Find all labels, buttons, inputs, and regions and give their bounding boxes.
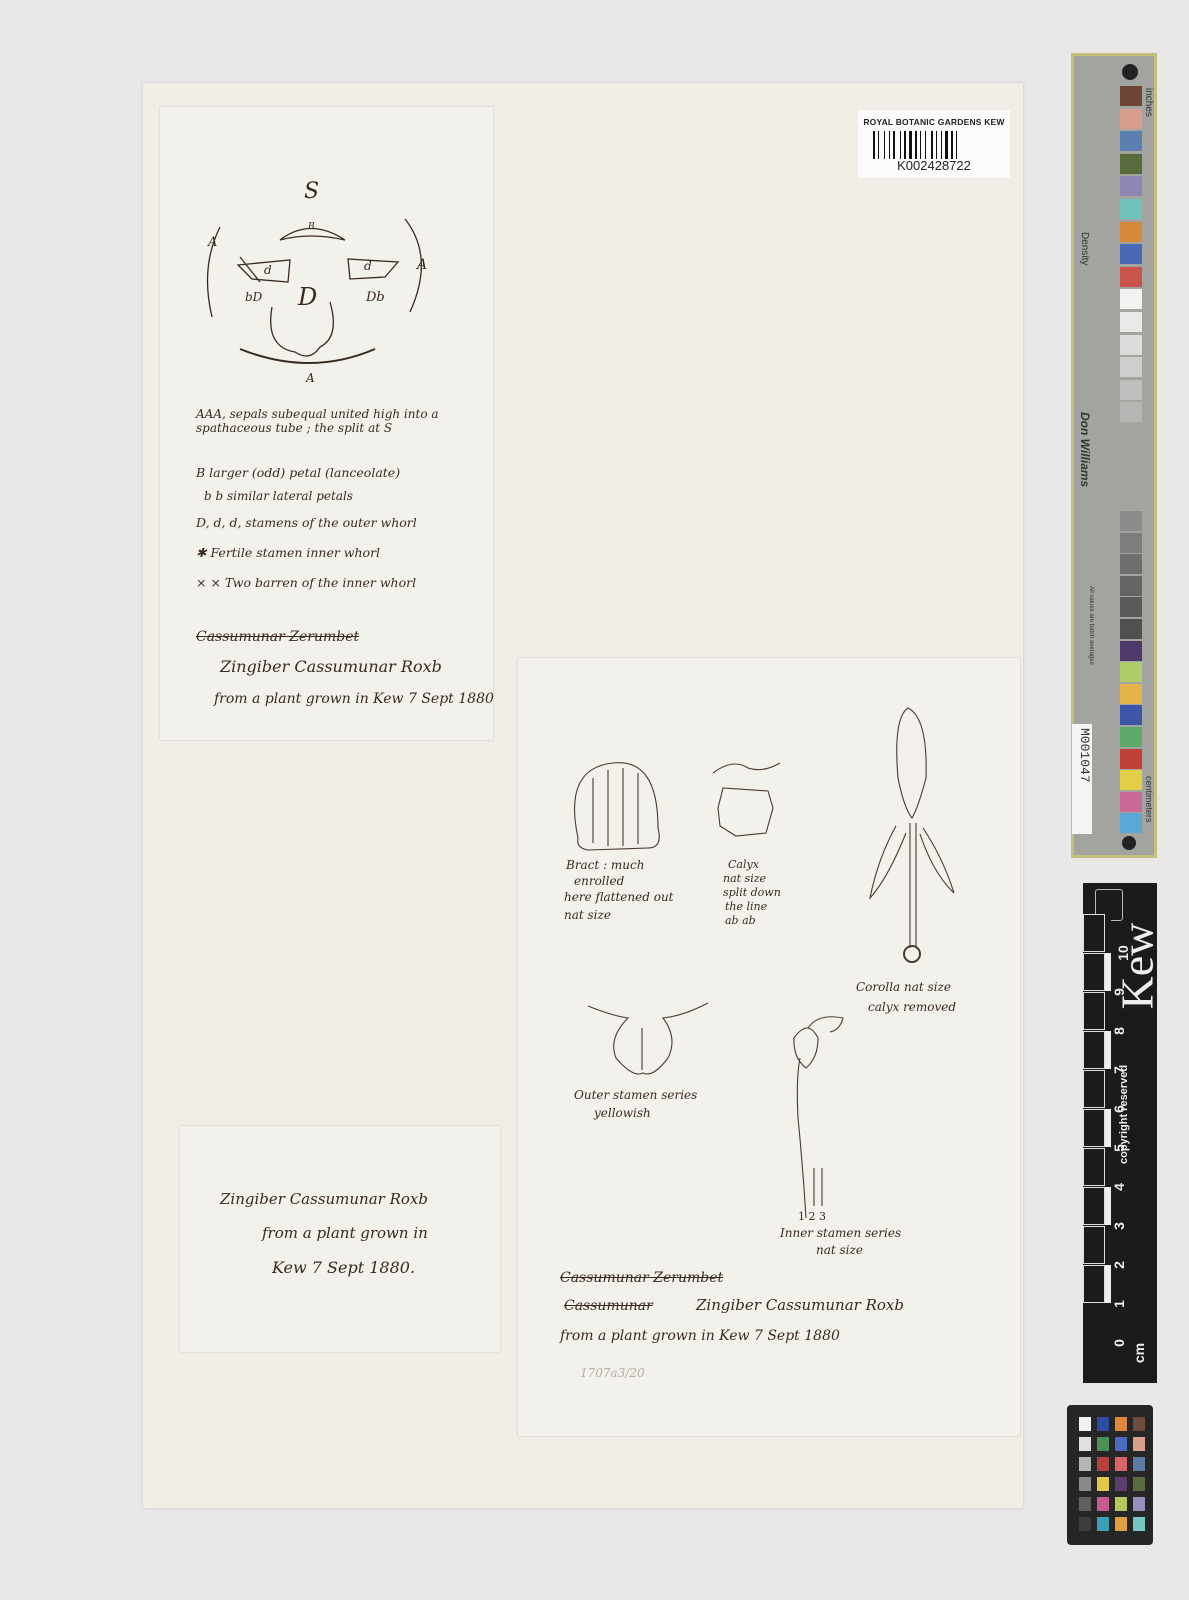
scale-segment-alt xyxy=(1105,1187,1111,1225)
struck-name-1: Cassumunar Zerumbet xyxy=(560,1270,723,1286)
color-checker-patch xyxy=(1097,1417,1109,1431)
diagram-label-d-right: d xyxy=(364,259,372,273)
color-checker-patch xyxy=(1115,1477,1127,1491)
floral-diagram-icon xyxy=(160,107,493,407)
scale-segment-alt xyxy=(1105,1070,1111,1108)
scale-tick-label: 8 xyxy=(1111,1027,1127,1035)
note-lateral-petals: b b similar lateral petals xyxy=(204,489,353,503)
inches-label: inches xyxy=(1143,88,1154,117)
scale-segment xyxy=(1083,1148,1105,1186)
scale-segment xyxy=(1083,953,1105,991)
color-swatch xyxy=(1120,335,1142,355)
diagram-label-s: S xyxy=(304,179,319,204)
bract-caption-2: enrolled xyxy=(574,874,624,888)
note-petal-b: B larger (odd) petal (lanceolate) xyxy=(196,465,400,480)
note-sepals: AAA, sepals subequal united high into a … xyxy=(196,407,486,435)
color-checker-patch xyxy=(1097,1517,1109,1531)
color-swatch xyxy=(1120,222,1142,242)
scale-segment-alt xyxy=(1105,1031,1111,1069)
color-swatch xyxy=(1120,131,1142,151)
color-checker-patch xyxy=(1133,1457,1145,1471)
color-checker-patch xyxy=(1133,1517,1145,1531)
color-swatch xyxy=(1120,641,1142,661)
scale-tick-label: 2 xyxy=(1111,1261,1127,1269)
scale-segment-alt xyxy=(1105,1226,1111,1264)
scale-tick-label: 5 xyxy=(1111,1144,1127,1152)
color-checker-patch xyxy=(1097,1437,1109,1451)
scale-segment-alt xyxy=(1105,1265,1111,1303)
diagram-label-b: B xyxy=(308,222,315,232)
brand-label: Don Williams xyxy=(1078,412,1092,487)
barcode-number: K002428722 xyxy=(858,159,1010,173)
scale-segment-alt xyxy=(1105,1148,1111,1186)
color-checker-patch xyxy=(1133,1477,1145,1491)
color-swatch xyxy=(1120,109,1142,129)
corolla-caption-1: Corolla nat size xyxy=(856,980,951,994)
color-checker-patch xyxy=(1079,1477,1091,1491)
specimen-locality: from a plant grown in Kew 7 Sept 1880 xyxy=(214,691,494,707)
color-swatch xyxy=(1120,749,1142,769)
color-checker-patch xyxy=(1115,1517,1127,1531)
diagram-label-d-left: d xyxy=(264,263,272,277)
color-checker-patch xyxy=(1097,1497,1109,1511)
inner-stamen-caption-2: nat size xyxy=(816,1243,863,1257)
scale-segment xyxy=(1083,1070,1105,1108)
scale-segment-alt xyxy=(1105,992,1111,1030)
color-checker-patch xyxy=(1133,1497,1145,1511)
color-calibration-bar: inches Density Don Williams All values a… xyxy=(1071,53,1157,858)
colorbar-id: M001047 xyxy=(1077,728,1092,783)
color-checker-patch xyxy=(1133,1437,1145,1451)
registration-dot-icon xyxy=(1122,836,1136,850)
color-swatch xyxy=(1120,244,1142,264)
color-swatch xyxy=(1120,705,1142,725)
color-swatch xyxy=(1120,267,1142,287)
note-barren-stamens: × × Two barren of the inner whorl xyxy=(196,575,416,590)
scale-segment-alt xyxy=(1105,953,1111,991)
struck-name-2: Cassumunar xyxy=(564,1298,653,1314)
floral-diagram-paper: S A A A B d d D bD Db AAA, sepals subequ… xyxy=(160,107,493,740)
color-checker-patch xyxy=(1097,1457,1109,1471)
color-checker-card xyxy=(1067,1405,1153,1545)
batch-note-label: All values are batch averages xyxy=(1088,586,1094,665)
institution-name: ROYAL BOTANIC GARDENS KEW xyxy=(858,117,1010,127)
scale-segment-alt xyxy=(1105,914,1111,952)
small-note-line3: Kew 7 Sept 1880. xyxy=(272,1258,415,1277)
diagram-label-b-right: Db xyxy=(366,290,385,305)
color-checker-patch xyxy=(1079,1517,1091,1531)
color-checker-patch xyxy=(1115,1497,1127,1511)
corolla-caption-2: calyx removed xyxy=(868,1000,956,1014)
specimen-locality-right: from a plant grown in Kew 7 Sept 1880 xyxy=(560,1328,840,1344)
specimen-name: Zingiber Cassumunar Roxb xyxy=(220,657,442,676)
color-checker-patch xyxy=(1079,1437,1091,1451)
calyx-caption-4: the line xyxy=(725,900,767,913)
struck-name: Cassumunar Zerumbet xyxy=(196,629,359,645)
color-swatch xyxy=(1120,402,1142,422)
scale-tick-label: 10 xyxy=(1115,945,1131,961)
scale-tick-label: 9 xyxy=(1111,988,1127,996)
specimen-name-right: Zingiber Cassumunar Roxb xyxy=(696,1296,904,1314)
color-swatch xyxy=(1120,727,1142,747)
diagram-label-b-left: bD xyxy=(245,290,262,304)
scale-segment xyxy=(1083,1031,1105,1069)
small-note-line2: from a plant grown in xyxy=(262,1224,428,1242)
calyx-caption-2: nat size xyxy=(723,872,766,885)
color-swatch xyxy=(1120,199,1142,219)
diagram-label-a-bottom: A xyxy=(306,371,315,385)
pencil-accession-note: 1707a3/20 xyxy=(580,1366,645,1380)
color-swatch xyxy=(1120,554,1142,574)
color-swatch xyxy=(1120,357,1142,377)
scale-segment xyxy=(1083,914,1105,952)
color-swatch xyxy=(1120,86,1142,106)
note-outer-stamens: D, d, d, stamens of the outer whorl xyxy=(196,515,417,530)
bract-caption-3: here flattened out xyxy=(564,890,674,904)
color-checker-patch xyxy=(1115,1437,1127,1451)
scale-tick-label: 3 xyxy=(1111,1222,1127,1230)
color-swatch xyxy=(1120,597,1142,617)
outer-stamen-caption-2: yellowish xyxy=(594,1106,651,1120)
barcode-icon xyxy=(873,131,995,159)
scale-segment xyxy=(1083,1265,1105,1303)
registration-dot-icon xyxy=(1122,64,1138,80)
color-swatch xyxy=(1120,289,1142,309)
color-checker-patch xyxy=(1079,1457,1091,1471)
small-note-line1: Zingiber Cassumunar Roxb xyxy=(220,1190,428,1208)
calyx-caption-5: ab ab xyxy=(725,914,756,927)
color-checker-patch xyxy=(1079,1417,1091,1431)
outer-stamen-caption-1: Outer stamen series xyxy=(574,1088,697,1102)
color-swatch xyxy=(1120,684,1142,704)
color-swatch xyxy=(1120,154,1142,174)
scale-tick-label: 1 xyxy=(1111,1300,1127,1308)
calyx-caption-1: Calyx xyxy=(728,858,759,871)
bract-caption-4: nat size xyxy=(564,908,611,922)
kew-logo: Kew xyxy=(1111,930,1164,1010)
scale-segment xyxy=(1083,1109,1105,1147)
diagram-label-a-left: A xyxy=(208,235,217,250)
color-swatch xyxy=(1120,380,1142,400)
scale-tick-label: 6 xyxy=(1111,1105,1127,1113)
color-checker-patch xyxy=(1079,1497,1091,1511)
herbarium-barcode-label: ROYAL BOTANIC GARDENS KEW K002428722 xyxy=(858,110,1010,178)
calyx-caption-3: split down xyxy=(723,886,781,899)
color-swatch xyxy=(1120,511,1142,531)
bract-caption-1: Bract : much xyxy=(566,858,644,872)
color-swatch xyxy=(1120,312,1142,332)
scale-tick-label: 7 xyxy=(1111,1066,1127,1074)
drawings-paper: Bract : much enrolled here flattened out… xyxy=(518,658,1020,1436)
color-swatch xyxy=(1120,176,1142,196)
kew-scale-bar: Kew copyright reserved cm 012345678910 xyxy=(1083,883,1157,1383)
scale-segment xyxy=(1083,1226,1105,1264)
centimeters-label: centimeters xyxy=(1144,776,1154,823)
diagram-label-a-right: A xyxy=(417,257,427,273)
color-swatch xyxy=(1120,576,1142,596)
scale-tick-label: 4 xyxy=(1111,1183,1127,1191)
color-checker-patch xyxy=(1115,1417,1127,1431)
color-swatch xyxy=(1120,533,1142,553)
cm-unit-label: cm xyxy=(1131,1343,1147,1363)
color-swatch xyxy=(1120,813,1142,833)
scale-segment xyxy=(1083,1187,1105,1225)
scale-tick-label: 0 xyxy=(1111,1339,1127,1347)
small-note-paper: Zingiber Cassumunar Roxb from a plant gr… xyxy=(180,1126,500,1352)
color-checker-patch xyxy=(1097,1477,1109,1491)
color-checker-patch xyxy=(1115,1457,1127,1471)
note-fertile-stamen: ✱ Fertile stamen inner whorl xyxy=(196,545,380,560)
scale-segment-alt xyxy=(1105,1109,1111,1147)
color-swatch xyxy=(1120,662,1142,682)
density-label: Density xyxy=(1079,232,1090,265)
flower-parts-drawing-icon xyxy=(518,658,1020,1436)
inner-stamen-numbers: 1 2 3 xyxy=(798,1210,826,1223)
diagram-label-d-center: D xyxy=(298,283,317,311)
scale-segment xyxy=(1083,992,1105,1030)
color-swatch xyxy=(1120,619,1142,639)
inner-stamen-caption-1: Inner stamen series xyxy=(780,1226,901,1240)
color-checker-patch xyxy=(1133,1417,1145,1431)
color-swatch xyxy=(1120,770,1142,790)
color-swatch xyxy=(1120,792,1142,812)
